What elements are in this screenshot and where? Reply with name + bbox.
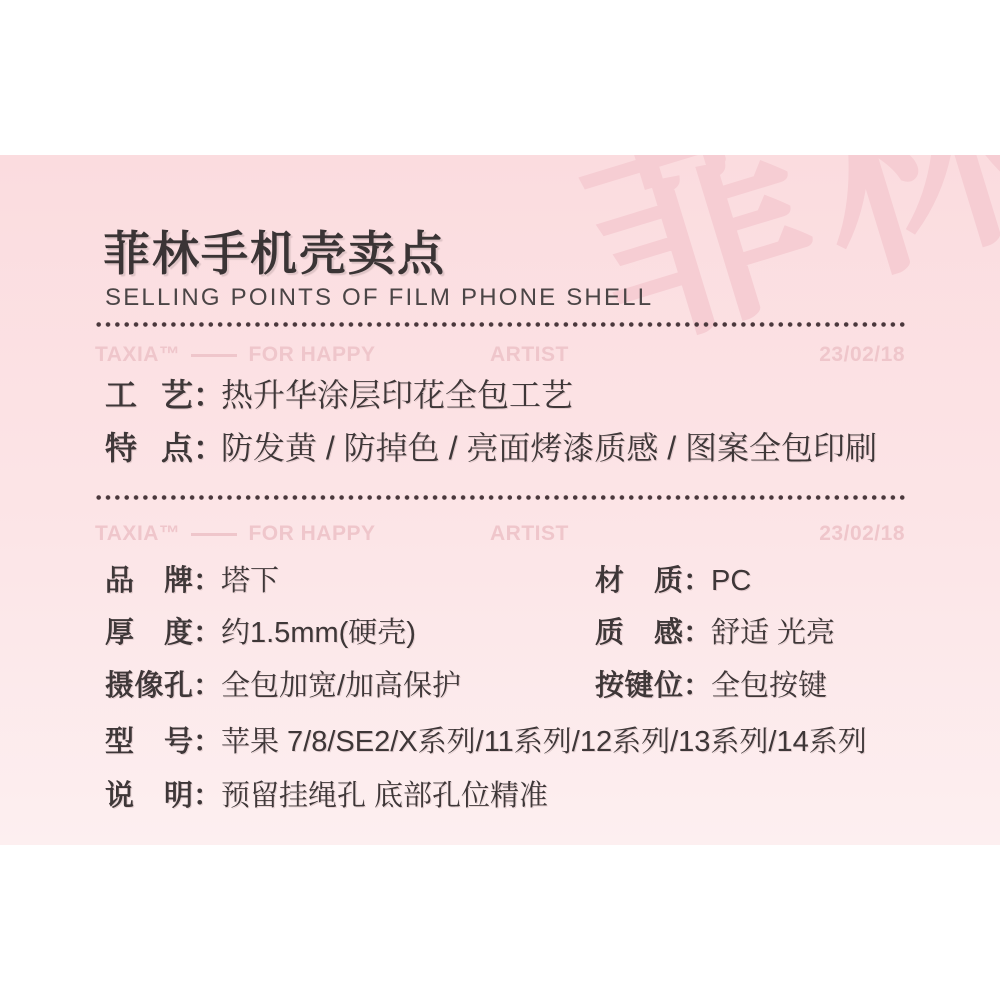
spec-colon: ： — [683, 670, 711, 703]
spec-row-texture: 质感 ： 舒适 光亮 — [595, 617, 835, 650]
spec-value-models: 苹果 7/8/SE2/X系列/11系列/12系列/13系列/14系列 — [221, 726, 867, 759]
spec-value-note: 预留挂绳孔 底部孔位精准 — [221, 780, 548, 813]
spec-value-button-position: 全包按键 — [711, 670, 827, 703]
brand-mark-group: TAXIA™ FOR HAPPY — [95, 343, 375, 367]
watermark-row-bottom: TAXIA™ FOR HAPPY ARTIST 23/02/18 — [0, 522, 1000, 546]
spec-label-brand: 品牌 — [105, 565, 193, 598]
spec-row-brand: 品牌 ： 塔下 — [105, 565, 279, 598]
spec-value-thickness: 约1.5mm(硬壳) — [221, 617, 416, 650]
spec-colon: ： — [683, 617, 711, 650]
spec-label-texture: 质感 — [595, 617, 683, 650]
brand-mark-group: TAXIA™ FOR HAPPY — [95, 522, 375, 546]
brand-mark: TAXIA™ — [95, 343, 180, 367]
spec-colon: ： — [683, 565, 711, 598]
spec-row-button-position: 按键位 ： 全包按键 — [595, 670, 827, 703]
page-title: 菲林手机壳卖点 — [103, 228, 446, 280]
spec-value-process: 热升华涂层印花全包工艺 — [221, 377, 573, 414]
dash-divider — [191, 354, 237, 357]
spec-row-process: 工艺 ： 热升华涂层印花全包工艺 — [105, 377, 573, 414]
spec-label-features: 特点 — [105, 430, 193, 467]
spec-row-note: 说明 ： 预留挂绳孔 底部孔位精准 — [105, 780, 548, 813]
spec-colon: ： — [193, 780, 221, 813]
spec-colon: ： — [193, 565, 221, 598]
spec-row-models: 型号 ： 苹果 7/8/SE2/X系列/11系列/12系列/13系列/14系列 — [105, 726, 867, 759]
spec-value-material: PC — [711, 565, 751, 598]
selling-points-panel: 菲林 菲林手机壳卖点 SELLING POINTS OF FILM PHONE … — [0, 155, 1000, 845]
spec-colon: ： — [193, 617, 221, 650]
spec-colon: ： — [193, 377, 221, 414]
spec-row-features: 特点 ： 防发黄 / 防掉色 / 亮面烤漆质感 / 图案全包印刷 — [105, 430, 877, 467]
dotted-divider-top — [94, 322, 906, 327]
spec-colon: ： — [193, 430, 221, 467]
film-big-watermark: 菲林 — [565, 155, 1000, 370]
spec-label-note: 说明 — [105, 780, 193, 813]
spec-value-brand: 塔下 — [221, 565, 279, 598]
page-subtitle: SELLING POINTS OF FILM PHONE SHELL — [105, 285, 653, 310]
dotted-divider-bottom — [94, 495, 906, 500]
brand-mark: TAXIA™ — [95, 522, 180, 546]
spec-label-material: 材质 — [595, 565, 683, 598]
spec-value-camera-hole: 全包加宽/加高保护 — [221, 670, 461, 703]
artist-label: ARTIST — [490, 343, 569, 367]
brand-slogan: FOR HAPPY — [248, 343, 375, 367]
dash-divider — [191, 533, 237, 536]
spec-label-thickness: 厚度 — [105, 617, 193, 650]
watermark-row-top: TAXIA™ FOR HAPPY ARTIST 23/02/18 — [0, 343, 1000, 367]
spec-row-thickness: 厚度 ： 约1.5mm(硬壳) — [105, 617, 416, 650]
artist-label: ARTIST — [490, 522, 569, 546]
date-label: 23/02/18 — [819, 343, 905, 367]
brand-slogan: FOR HAPPY — [248, 522, 375, 546]
spec-row-material: 材质 ： PC — [595, 565, 751, 598]
spec-row-camera-hole: 摄像孔 ： 全包加宽/加高保护 — [105, 670, 461, 703]
spec-label-button-position: 按键位 — [595, 670, 683, 703]
spec-value-features: 防发黄 / 防掉色 / 亮面烤漆质感 / 图案全包印刷 — [221, 430, 877, 467]
spec-colon: ： — [193, 726, 221, 759]
spec-colon: ： — [193, 670, 221, 703]
date-label: 23/02/18 — [819, 522, 905, 546]
spec-label-process: 工艺 — [105, 377, 193, 414]
product-detail-card: 菲林 菲林手机壳卖点 SELLING POINTS OF FILM PHONE … — [0, 0, 1000, 1000]
spec-label-camera-hole: 摄像孔 — [105, 670, 193, 703]
spec-label-models: 型号 — [105, 726, 193, 759]
spec-value-texture: 舒适 光亮 — [711, 617, 835, 650]
